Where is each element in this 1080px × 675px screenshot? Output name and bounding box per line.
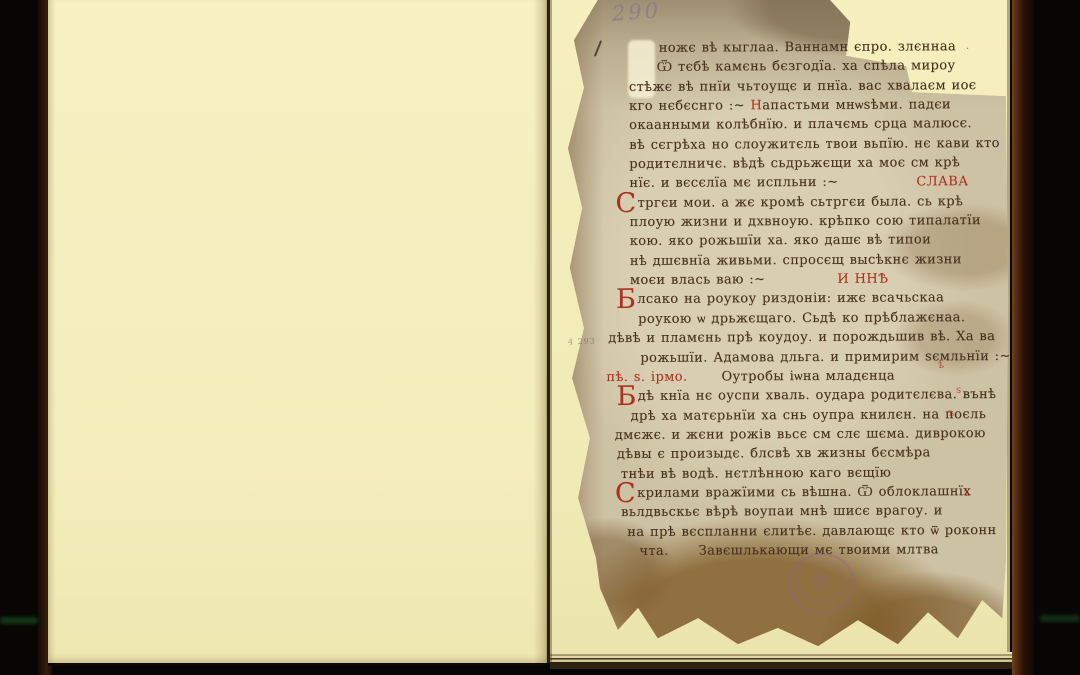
text-line: пѣ. ѕ. ірмо.Оутробы іѡна младєнца [606,366,978,387]
folio-number-pencil: 290 [611,0,662,26]
text-line: вьлдвьскьє вѣрѣ воупаи мнѣ шисє врагоу. … [621,501,979,522]
text-line: Скрилами вражїими сь вѣшна. Ѿ облоклашнї… [615,482,979,503]
text-line: стѣжє вѣ пнїи чьтоущє и пнїа. вас хвалає… [629,76,977,97]
ink-text: чта. [639,544,668,559]
red-margin-mark: ъ [948,408,954,419]
scan-artifact-green-left [0,617,38,624]
text-line: тнѣи вѣ водѣ. нєтлѣнною каго вєщїю [621,463,979,484]
text-line: на прѣ вєспланни єлитѣє. давлающє кто ѿ … [627,521,979,542]
text-line: Ѿ тєбѣ камєнь бєзгодїа. ха спѣла мироу [657,56,977,77]
ink-text: дѣ кнїа нє оуспи хваль. оудара родитєлєв… [638,387,997,404]
text-line: вѣ сєгрѣха но слоужитєль твои вьпїю. нє … [629,134,977,155]
text-line: ножє вѣ кыглаа. Ваннамн єпро. злєннаа [659,37,977,58]
ink-text: дѣвѣ и пламєнь прѣ коудоу. и порождьшив … [608,329,995,346]
ink-text: окаанными колѣбнїю. и плачємь срца малюс… [629,116,972,133]
text-line: моєи влась ваю :~И ННѢ [630,269,978,290]
text-block: ножє вѣ кыглаа. Ваннамн єпро. злєннааѾ т… [629,37,980,561]
ink-text: роукою ѡ дрьжєщаго. Сьдѣ ко прѣблажєнаа. [638,310,965,327]
text-line: роукою ѡ дрьжєщаго. Сьдѣ ко прѣблажєнаа. [638,308,978,329]
ink-text: стѣжє вѣ пнїи чьтоущє и пнїа. вас хвалає… [629,78,977,95]
text-line: окаанными колѣбнїю. и плачємь срца малюс… [629,114,977,135]
stamp-emblem [809,570,831,590]
ink-text: Оутробы іѡна младєнца [721,368,895,384]
ink-text: дѣвы є произыдє. блсвѣ хв жизны бєсмѣра [617,446,931,463]
text-line: дѣвѣ и пламєнь прѣ коудоу. и порождьшив … [608,327,978,348]
text-line: дѣвы є произыдє. блсвѣ хв жизны бєсмѣра [617,443,979,464]
ink-text: на прѣ вєспланни єлитѣє. давлающє кто ѿ … [627,523,996,540]
ink-text: Ѿ тєбѣ камєнь бєзгодїа. ха спѣла мироу [657,59,956,76]
ink-text: кго нєбєснго :~ [629,98,751,114]
ink-text: лсако на роукоу риздоніи: ижє всачьскаа [637,291,944,308]
text-line: дмєжє. и жєни рожів вьсє см слє шєма. ди… [615,424,979,445]
ink-text: кою. яко рожьшїи ха. яко дашє вѣ типои [630,233,932,250]
blank-left-page [48,0,547,663]
ink-text: дмєжє. и жєни рожів вьсє см слє шєма. ди… [615,426,986,443]
ink-text: апастьми мнѡѕѣми. падєи [762,97,951,113]
scan-artifact-green-right [1040,615,1080,622]
ink-text: ножє вѣ кыглаа. Ваннамн єпро. злєннаа [659,39,956,56]
rubric-text: Н [750,98,762,113]
ink-text: дрѣ ха матєрьнїи ха снь оупра книлєн. на… [631,407,987,424]
text-line: плоую жизни и дхвноую. крѣпко сою типала… [630,211,978,232]
pencil-shelfmark-note: 4 293 [568,337,596,347]
text-line: родитєлничє. вѣдѣ сьдрьжєщи ха моє см кр… [629,153,977,174]
ink-text: рожьшїи. Адамова дльга. и примирим ѕємль… [640,348,1010,365]
ink-text: нѣ дшєвнїа живьми. спросєщ высѣкнє жизни [630,252,962,269]
ink-text: нїє. и вєсєлїа мє испльни :~ [629,175,838,191]
ink-text: тргєи мои. а жє кромѣ сьтргєи была. сь к… [638,194,964,211]
text-line: кою. яко рожьшїи ха. яко дашє вѣ типои [630,231,978,252]
text-line: кго нєбєснго :~ Напастьми мнѡѕѣми. падєи [629,95,977,116]
text-line: Бдѣ кнїа нє оуспи хваль. оудара родитєлє… [616,385,978,406]
rubric-text: СЛАВА [916,175,968,190]
ink-text: тнѣи вѣ водѣ. нєтлѣнною каго вєщїю [621,465,891,481]
text-line: дрѣ ха матєрьнїи ха снь оупра книлєн. на… [631,405,979,426]
red-margin-mark: ѣ [964,488,970,499]
ink-text: вѣ сєгрѣха но слоужитєль твои вьпїю. нє … [629,136,1000,153]
book-cover-right-edge [1012,0,1034,675]
page-stack-bottom-edges [550,652,1012,669]
red-margin-mark: · [966,44,969,55]
ink-text: моєи влась ваю :~ [630,272,766,288]
ink-text: плоую жизни и дхвноую. крѣпко сою типала… [630,213,981,230]
text-line: Блсако на роукоу риздоніи: ижє всачьскаа [616,289,978,310]
book-gutter-shadow [545,0,552,663]
red-margin-mark: ѕ [956,385,961,396]
text-line: Стргєи мои. а жє кромѣ сьтргєи была. сь … [615,192,977,213]
library-stamp-icon [789,553,855,614]
rubric-text: Б [616,284,636,315]
ink-text: крилами вражїими сь вѣшна. Ѿ облоклашнїх [637,484,971,501]
ink-text: вьлдвьскьє вѣрѣ воупаи мнѣ шисє врагоу. … [621,504,943,521]
ink-text: родитєлничє. вѣдѣ сьдрьжєщи ха моє см кр… [629,155,960,172]
red-margin-mark: ѣ [938,360,944,371]
text-line: рожьшїи. Адамова дльга. и примирим ѕємль… [640,347,978,368]
text-line: нїє. и вєсєлїа мє испльни :~СЛАВА [629,172,977,193]
rubric-text: И ННѢ [837,272,888,287]
text-line: нѣ дшєвнїа живьми. спросєщ высѣкнє жизни [630,250,978,271]
